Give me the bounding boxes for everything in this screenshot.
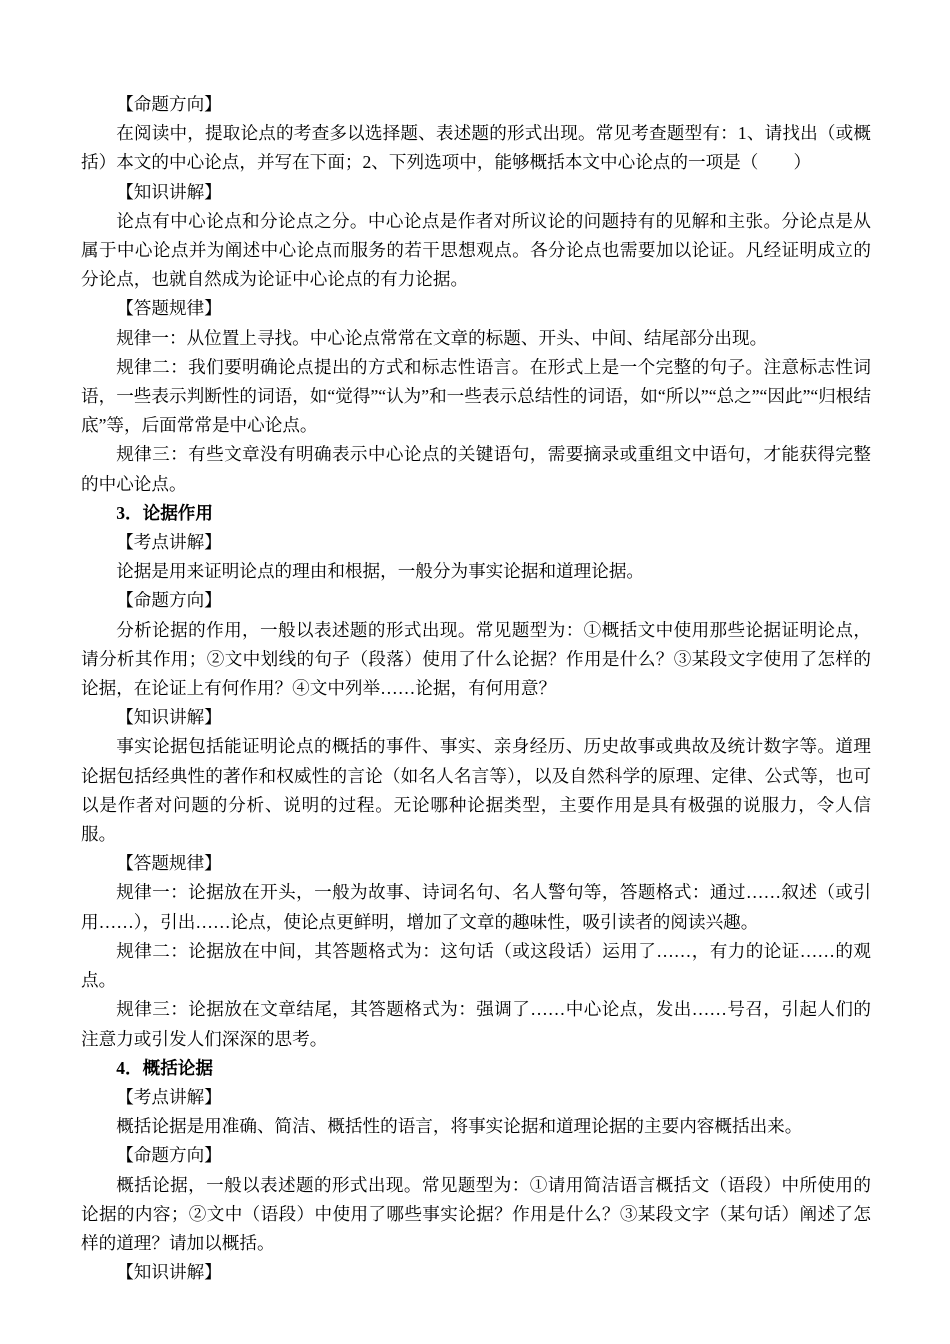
body-paragraph: 概括论据是用准确、简洁、概括性的语言，将事实论据和道理论据的主要内容概括出来。 — [81, 1112, 871, 1141]
body-paragraph: 规律二：论据放在中间，其答题格式为：这句话（或这段话）运用了……，有力的论证……… — [81, 937, 871, 995]
heading-text: 论据作用 — [143, 503, 213, 523]
body-paragraph: 规律二：我们要明确论点提出的方式和标志性语言。在形式上是一个完整的句子。注意标志… — [81, 353, 871, 441]
bracket-label-paragraph: 【命题方向】 — [81, 90, 871, 119]
document-content: 【命题方向】在阅读中，提取论点的考查多以选择题、表述题的形式出现。常见考查题型有… — [81, 90, 871, 1287]
bracket-label-paragraph: 【考点讲解】 — [81, 1083, 871, 1112]
section-heading: 4．概括论据 — [81, 1054, 871, 1083]
body-paragraph: 规律一：从位置上寻找。中心论点常常在文章的标题、开头、中间、结尾部分出现。 — [81, 324, 871, 353]
heading-number: 3． — [116, 503, 142, 523]
body-paragraph: 分析论据的作用，一般以表述题的形式出现。常见题型为：①概括文中使用那些论据证明论… — [81, 616, 871, 704]
body-paragraph: 规律三：论据放在文章结尾，其答题格式为：强调了……中心论点，发出……号召，引起人… — [81, 995, 871, 1053]
body-paragraph: 规律一：论据放在开头，一般为故事、诗词名句、名人警句等，答题格式：通过……叙述（… — [81, 878, 871, 936]
heading-number: 4． — [116, 1058, 142, 1078]
body-paragraph: 概括论据，一般以表述题的形式出现。常见题型为：①请用简洁语言概括文（语段）中所使… — [81, 1171, 871, 1259]
section-heading: 3．论据作用 — [81, 499, 871, 528]
body-paragraph: 在阅读中，提取论点的考查多以选择题、表述题的形式出现。常见考查题型有：1、请找出… — [81, 119, 871, 177]
body-paragraph: 论点有中心论点和分论点之分。中心论点是作者对所议论的问题持有的见解和主张。分论点… — [81, 207, 871, 295]
bracket-label-paragraph: 【知识讲解】 — [81, 178, 871, 207]
bracket-label-paragraph: 【答题规律】 — [81, 849, 871, 878]
bracket-label-paragraph: 【答题规律】 — [81, 294, 871, 323]
body-paragraph: 论据是用来证明论点的理由和根据，一般分为事实论据和道理论据。 — [81, 557, 871, 586]
bracket-label-paragraph: 【知识讲解】 — [81, 703, 871, 732]
document-page: 【命题方向】在阅读中，提取论点的考查多以选择题、表述题的形式出现。常见考查题型有… — [0, 0, 950, 1344]
body-paragraph: 规律三：有些文章没有明确表示中心论点的关键语句，需要摘录或重组文中语句，才能获得… — [81, 440, 871, 498]
bracket-label-paragraph: 【知识讲解】 — [81, 1258, 871, 1287]
bracket-label-paragraph: 【考点讲解】 — [81, 528, 871, 557]
body-paragraph: 事实论据包括能证明论点的概括的事件、事实、亲身经历、历史故事或典故及统计数字等。… — [81, 732, 871, 849]
bracket-label-paragraph: 【命题方向】 — [81, 1141, 871, 1170]
heading-text: 概括论据 — [143, 1058, 213, 1078]
bracket-label-paragraph: 【命题方向】 — [81, 586, 871, 615]
